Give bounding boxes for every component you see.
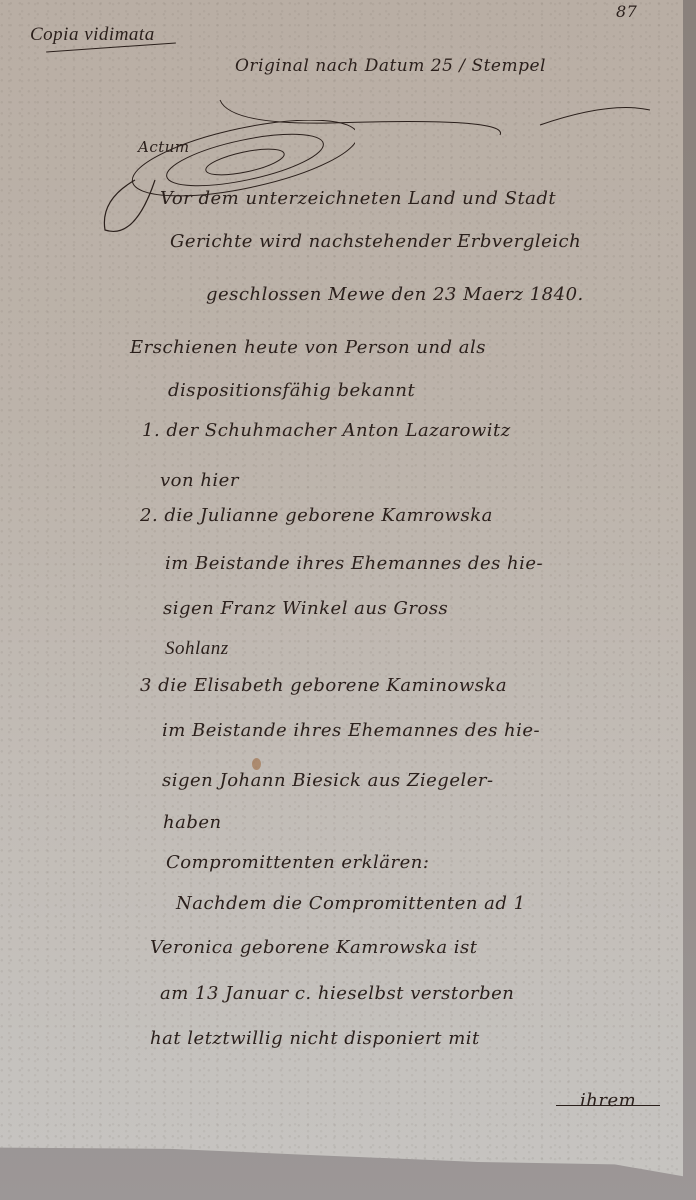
text-line: Veronica geborene Kamrowska ist — [150, 937, 478, 958]
text-line: Vor dem unterzeichneten Land und Stadt — [160, 188, 556, 209]
text-line: am 13 Januar c. hieselbst verstorben — [160, 983, 514, 1004]
text-line: hat letztwillig nicht disponiert mit — [150, 1028, 480, 1049]
text-line: Compromittenten erklären: — [166, 852, 429, 873]
copia-vidimata-annotation: Copia vidimata — [30, 24, 155, 46]
text-line: dispositionsfähig bekannt — [168, 380, 415, 401]
text-line: Erschienen heute von Person und als — [130, 337, 486, 358]
page-number: 87 — [616, 2, 637, 21]
text-line: sigen Franz Winkel aus Gross — [163, 598, 448, 619]
text-line: 3 die Elisabeth geborene Kaminowska — [140, 675, 507, 696]
actum-flourish — [95, 120, 355, 240]
text-line: haben — [163, 812, 222, 833]
text-line: 1. der Schuhmacher Anton Lazarowitz — [142, 420, 511, 441]
text-line: geschlossen Mewe den 23 Maerz 1840. — [206, 284, 584, 305]
ink-stain — [252, 758, 261, 770]
catchword: ihrem — [580, 1090, 636, 1111]
header-note: Original nach Datum 25 / Stempel — [235, 56, 546, 76]
text-line: Sohlanz — [165, 638, 229, 660]
text-line: sigen Johann Biesick aus Ziegeler- — [162, 770, 494, 791]
text-line: im Beistande ihres Ehemannes des hie- — [165, 553, 543, 574]
text-line: von hier — [160, 470, 239, 491]
text-line: 2. die Julianne geborene Kamrowska — [140, 505, 493, 526]
text-line: Gerichte wird nachstehender Erbvergleich — [170, 231, 581, 252]
text-line: Nachdem die Compromittenten ad 1 — [176, 893, 526, 914]
catchword-underline — [556, 1105, 660, 1106]
text-line: im Beistande ihres Ehemannes des hie- — [162, 720, 540, 741]
actum-mark: Actum — [138, 138, 190, 156]
